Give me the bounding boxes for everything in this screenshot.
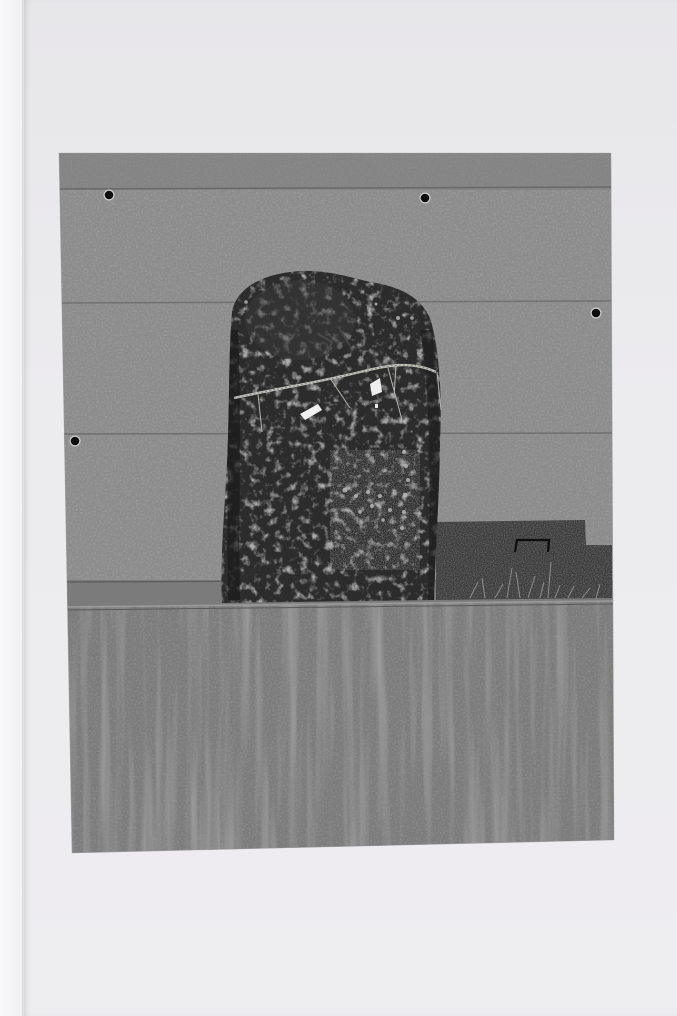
photograph [0,0,677,1016]
photo-content [55,150,625,860]
book-spread [0,0,677,1016]
stone-marker [215,265,450,610]
retaining-wall [66,600,620,860]
photo-print [0,0,677,1016]
